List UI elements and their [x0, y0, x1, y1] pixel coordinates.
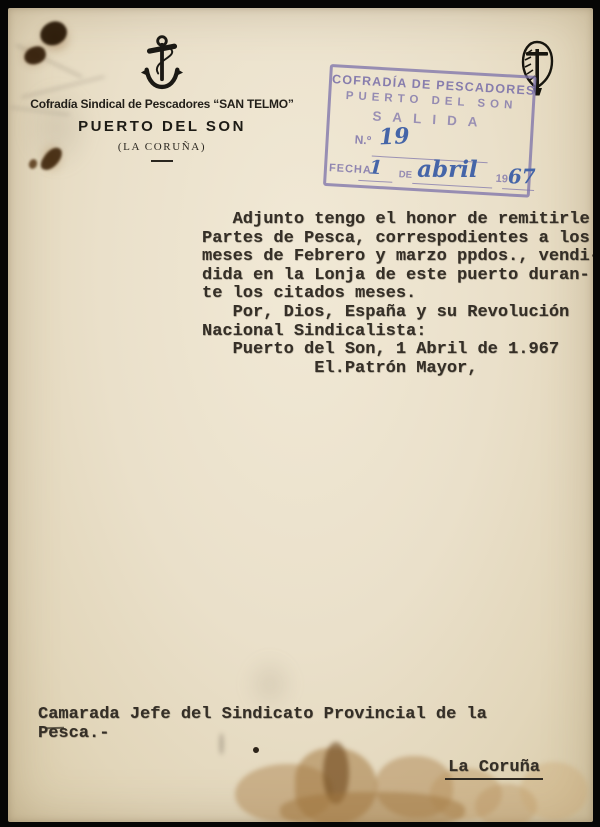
recipient-city: La Coruña	[38, 758, 568, 780]
typed-body: Adjunto tengo el honor de remitirle Part…	[202, 211, 593, 378]
letter-paper: Cofradía Sindical de Pescadores “SAN TEL…	[8, 8, 593, 822]
typed-line: dida en la Lonja de este puerto duran-	[202, 267, 593, 286]
letterhead-rule	[151, 160, 173, 162]
scanned-letter-page: Cofradía Sindical de Pescadores “SAN TEL…	[0, 0, 600, 827]
stamp-year-printed: 19	[495, 173, 508, 186]
stamp-month-line	[412, 183, 492, 189]
recipient-line: Camarada Jefe del Sindicato Provincial d…	[38, 705, 568, 743]
typed-line: Partes de Pesca, correspodientes a los	[202, 230, 593, 249]
anchor-icon	[140, 34, 184, 92]
stamp-year-line	[502, 188, 534, 191]
typed-line: meses de Febrero y marzo ppdos., vendi-	[202, 248, 593, 267]
letterhead: Cofradía Sindical de Pescadores “SAN TEL…	[28, 34, 296, 162]
typed-line: Puerto del Son, 1 Abril de 1.967	[202, 341, 593, 360]
letterhead-province: (LA CORUÑA)	[28, 141, 296, 153]
typed-line: Nacional Sindicalista:	[202, 323, 593, 342]
typed-line: Adjunto tengo el honor de remitirle	[202, 211, 593, 230]
typed-line: te los citados meses.	[202, 285, 593, 304]
stamp-year-handwritten: 67	[508, 164, 536, 188]
stamp-day-line	[358, 180, 392, 183]
stamp-number-label: N.º	[354, 133, 371, 148]
stamp-number-handwritten: 19	[378, 123, 410, 150]
stamp-month-handwritten: abril	[417, 156, 478, 183]
stamp-day-handwritten: 1	[368, 156, 382, 179]
registry-stamp: COFRADÍA DE PESCADORES PUERTO DEL SON SA…	[323, 64, 537, 198]
recipient-city-text: La Coruña	[445, 758, 543, 780]
typed-line: El.Patrón Mayor,	[202, 360, 593, 379]
typed-line: Por, Dios, España y su Revolución	[202, 304, 593, 323]
stamp-date-label: FECHA	[329, 162, 373, 176]
recipient-block: Camarada Jefe del Sindicato Provincial d…	[38, 705, 568, 780]
stamp-de-label: DE	[398, 169, 412, 181]
letterhead-organization: Cofradía Sindical de Pescadores “SAN TEL…	[28, 97, 296, 111]
letterhead-town: PUERTO DEL SON	[28, 118, 296, 135]
